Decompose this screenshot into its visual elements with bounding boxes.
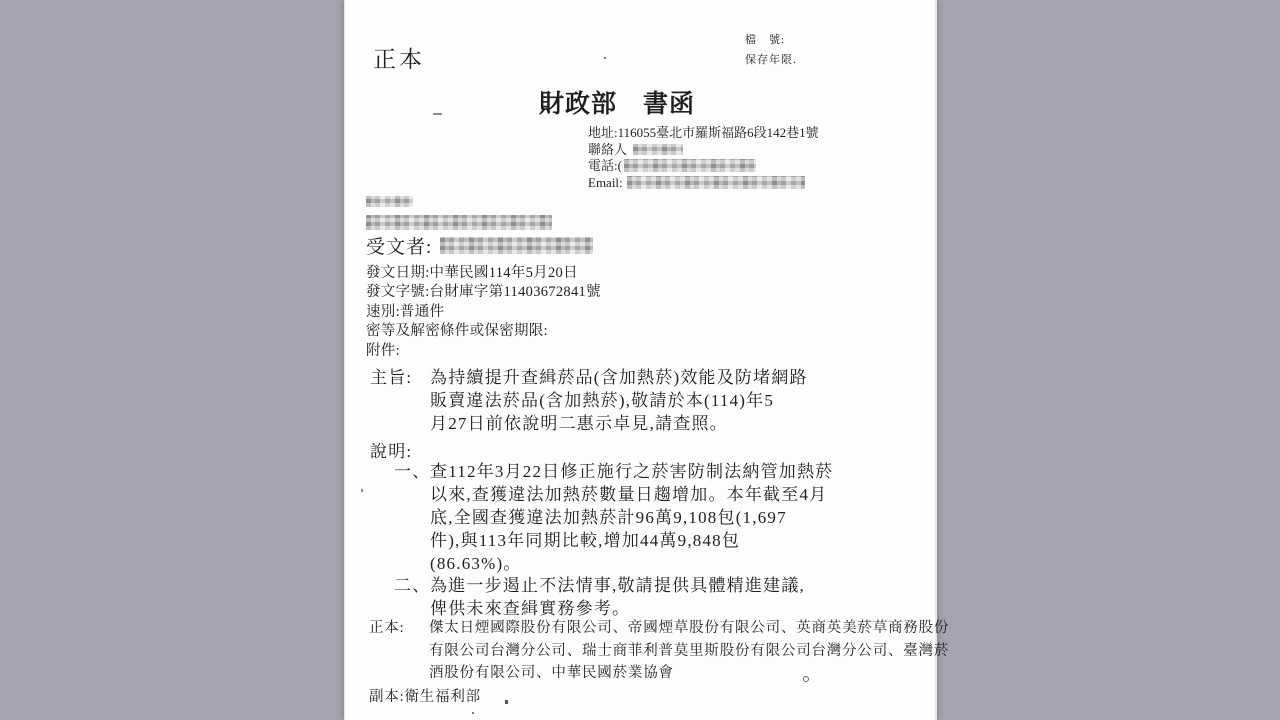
original-to-line: 傑太日煙國際股份有限公司、帝國煙草股份有限公司、英商英美菸草商務股份 (429, 617, 949, 640)
email-row: Email: (588, 175, 819, 192)
item-number: 一、 (394, 460, 430, 575)
recipient-name-redacted (440, 237, 593, 254)
item-line: (86.63%)。 (430, 552, 833, 575)
original-to-text: 傑太日煙國際股份有限公司、帝國煙草股份有限公司、英商英美菸草商務股份 有限公司台… (429, 617, 949, 685)
scan-speck (433, 113, 442, 115)
document-meta-block: 發文日期:中華民國114年5月20日 發文字號:台財庫字第11403672841… (366, 264, 601, 361)
file-number-label: 檔 號: (745, 30, 797, 50)
subject-label: 主旨: (370, 366, 430, 435)
item-line: 底,全國查獲違法加熱菸計96萬9,108包(1,697 (430, 506, 833, 529)
issue-date-line: 發文日期:中華民國114年5月20日 (366, 264, 601, 283)
reference-number-line: 發文字號:台財庫字第11403672841號 (366, 283, 601, 302)
file-number-block: 檔 號: 保存年限. (745, 30, 797, 70)
item-line: 為進一步遏止不法情事,敬請提供具體精進建議, (430, 574, 805, 597)
phone-label: 電話:( (588, 158, 622, 173)
scan-speck (472, 712, 474, 714)
subject-line: 販賣違法菸品(含加熱菸),敬請於本(114)年5 (430, 389, 808, 412)
classification-line: 密等及解密條件或保密期限: (366, 322, 601, 341)
subject-text: 為持續提升查緝菸品(含加熱菸)效能及防堵網路 販賣違法菸品(含加熱菸),敬請於本… (430, 366, 808, 435)
email-label: Email: (588, 175, 623, 190)
recipient-row: 受文者: (366, 232, 593, 259)
phone-row: 電話:( (588, 158, 819, 175)
item-number: 二、 (394, 574, 430, 620)
document-title: 財政部 書函 (539, 84, 695, 120)
explanation-label: 說明: (370, 437, 412, 462)
phone-redacted (624, 159, 756, 172)
contact-person-redacted (633, 144, 683, 155)
priority-line: 速別:普通件 (366, 303, 601, 322)
copy-recipients-section: 副本:衛生福利部 (369, 685, 481, 706)
copy-to-label: 副本: (369, 689, 404, 705)
subject-line: 為持續提升查緝菸品(含加熱菸)效能及防堵網路 (430, 366, 808, 389)
explanation-item-1: 一、 查112年3月22日修正施行之菸害防制法納管加熱菸 以來,查獲違法加熱菸數… (394, 460, 833, 575)
recipient-address-redacted-line-1 (366, 196, 413, 207)
scan-speck (604, 57, 606, 59)
subject-section: 主旨: 為持續提升查緝菸品(含加熱菸)效能及防堵網路 販賣違法菸品(含加熱菸),… (370, 366, 808, 435)
sender-address: 地址:116055臺北市羅斯福路6段142巷1號 (588, 125, 819, 142)
item-text: 查112年3月22日修正施行之菸害防制法納管加熱菸 以來,查獲違法加熱菸數量日趨… (430, 460, 833, 575)
attachment-line: 附件: (366, 342, 601, 361)
recipient-address-redacted-line-2 (366, 215, 552, 230)
explanation-item-2: 二、 為進一步遏止不法情事,敬請提供具體精進建議, 俾供未來查緝實務參考。 (394, 574, 805, 620)
scan-speck (505, 700, 508, 704)
email-redacted (627, 176, 805, 189)
recipient-label: 受文者: (366, 237, 432, 258)
original-to-line: 酒股份有限公司、中華民國菸業協會 (429, 662, 949, 685)
original-to-label: 正本: (369, 617, 429, 685)
copy-to-value: 衛生福利部 (404, 689, 481, 705)
scan-speck-circle (803, 676, 809, 682)
subject-line: 月27日前依說明二惠示卓見,請查照。 (430, 412, 808, 435)
scan-speck (361, 489, 363, 492)
contact-person-label: 聯絡人 (588, 142, 627, 157)
item-text: 為進一步遏止不法情事,敬請提供具體精進建議, 俾供未來查緝實務參考。 (430, 574, 805, 620)
sender-contact-block: 地址:116055臺北市羅斯福路6段142巷1號 聯絡人 電話:( Email: (588, 125, 819, 191)
original-recipients-section: 正本: 傑太日煙國際股份有限公司、帝國煙草股份有限公司、英商英美菸草商務股份 有… (369, 617, 949, 685)
item-line: 件),與113年同期比較,增加44萬9,848包 (430, 529, 833, 552)
retention-period-label: 保存年限. (745, 50, 797, 70)
item-line: 查112年3月22日修正施行之菸害防制法納管加熱菸 (430, 460, 833, 483)
contact-person-row: 聯絡人 (588, 142, 819, 159)
copy-type-label: 正本 (373, 41, 425, 74)
item-line: 以來,查獲違法加熱菸數量日趨增加。本年截至4月 (430, 483, 833, 506)
original-to-line: 有限公司台灣分公司、瑞士商菲利普莫里斯股份有限公司台灣分公司、臺灣菸 (429, 640, 949, 663)
scanned-document-page: 正本 檔 號: 保存年限. 財政部 書函 地址:116055臺北市羅斯福路6段1… (344, 0, 937, 720)
